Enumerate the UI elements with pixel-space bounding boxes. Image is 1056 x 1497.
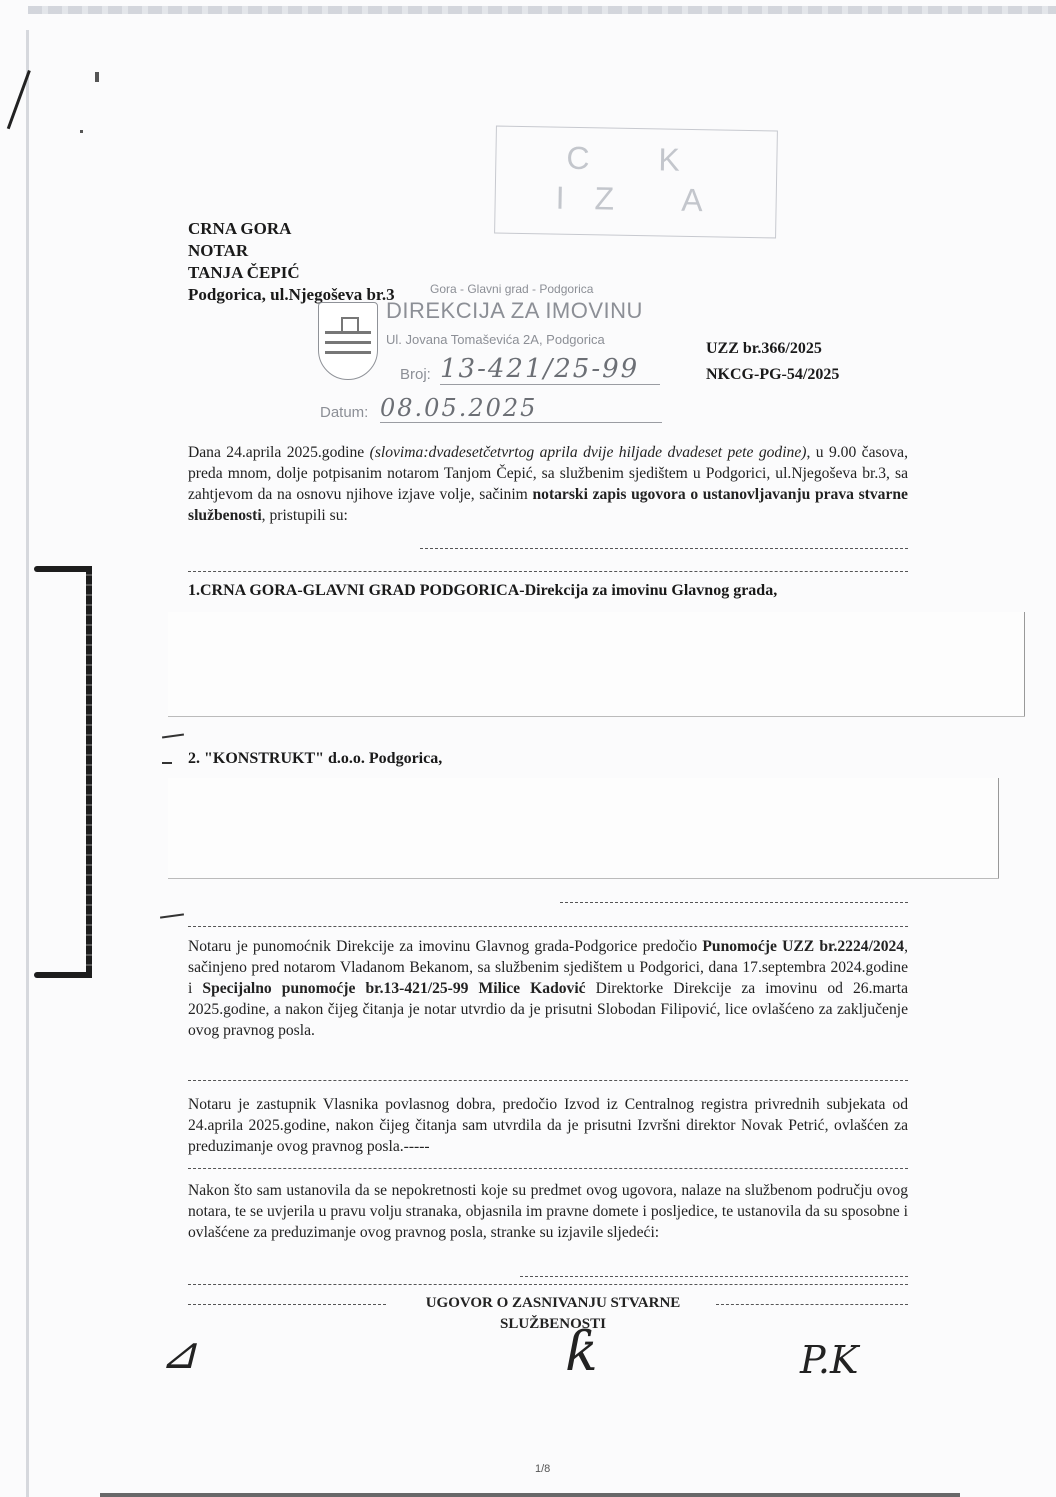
header-notary-name: TANJA ČEPIĆ — [188, 262, 395, 284]
scan-edge-bottom — [100, 1493, 960, 1497]
stamp-broj-value: 13-421/25-99 — [440, 354, 660, 385]
scan-edge-top — [28, 6, 1056, 14]
dash-separator — [188, 1080, 908, 1081]
stamp-address: Ul. Jovana Tomaševića 2A, Podgorica — [386, 332, 605, 347]
nkcg-reference: NKCG-PG-54/2025 — [706, 362, 839, 388]
dash-separator — [560, 902, 908, 903]
header-country: CRNA GORA — [188, 218, 395, 240]
header-role: NOTAR — [188, 240, 395, 262]
dash-filler — [520, 1276, 908, 1277]
dash-filler — [188, 1304, 386, 1305]
representative-paragraph: Notaru je zastupnik Vlasnika povlasnog d… — [188, 1094, 908, 1157]
ascertainment-paragraph: Nakon što sam ustanovila da se nepokretn… — [188, 1180, 908, 1243]
pen-mark-small — [95, 72, 99, 82]
contract-title: UGOVOR O ZASNIVANJU STVARNE SLUŽBENOSTI — [388, 1293, 718, 1335]
dash-separator — [188, 926, 908, 927]
stamp-broj-label: Broj: — [400, 366, 431, 383]
dash-separator — [188, 1284, 908, 1285]
proxy-paragraph: Notaru je punomoćnik Direkcije za imovin… — [188, 936, 908, 1041]
pen-dot — [80, 130, 83, 133]
redacted-block-2 — [168, 778, 999, 878]
scan-edge-left — [26, 30, 29, 1497]
faded-certification-stamp: C K IZ A — [494, 126, 778, 239]
party-2: 2. "KONSTRUKT" d.o.o. Podgorica, — [188, 750, 442, 768]
signature-right: P.K — [800, 1338, 858, 1382]
margin-mark — [162, 762, 172, 764]
direkcija-receipt-stamp: Gora - Glavni grad - Podgorica DIREKCIJA… — [318, 282, 678, 432]
stamp-datum-label: Datum: — [320, 404, 368, 421]
stamp-title: DIREKCIJA ZA IMOVINU — [386, 298, 643, 324]
dash-filler — [420, 548, 908, 549]
dash-filler — [716, 1304, 908, 1305]
stamp-org-line: Gora - Glavni grad - Podgorica — [430, 282, 593, 296]
stamp-datum-value: 08.05.2025 — [380, 394, 662, 423]
uzz-reference: UZZ br.366/2025 — [706, 336, 839, 362]
signature-middle: ƙ — [565, 1320, 598, 1383]
intro-paragraph: Dana 24.aprila 2025.godine (slovima:dvad… — [188, 442, 908, 526]
binding-cord — [34, 566, 92, 978]
signature-left: ⊿ — [160, 1328, 197, 1379]
page-number: 1/8 — [535, 1463, 550, 1475]
party-1: 1.CRNA GORA-GLAVNI GRAD PODGORICA-Direkc… — [188, 582, 777, 600]
dash-separator — [188, 571, 908, 572]
margin-mark — [160, 913, 184, 918]
redacted-block-1 — [168, 612, 1025, 716]
coat-of-arms-icon — [318, 302, 378, 380]
document-references: UZZ br.366/2025 NKCG-PG-54/2025 — [706, 336, 839, 388]
dash-separator — [188, 1168, 908, 1169]
margin-mark — [162, 733, 184, 738]
